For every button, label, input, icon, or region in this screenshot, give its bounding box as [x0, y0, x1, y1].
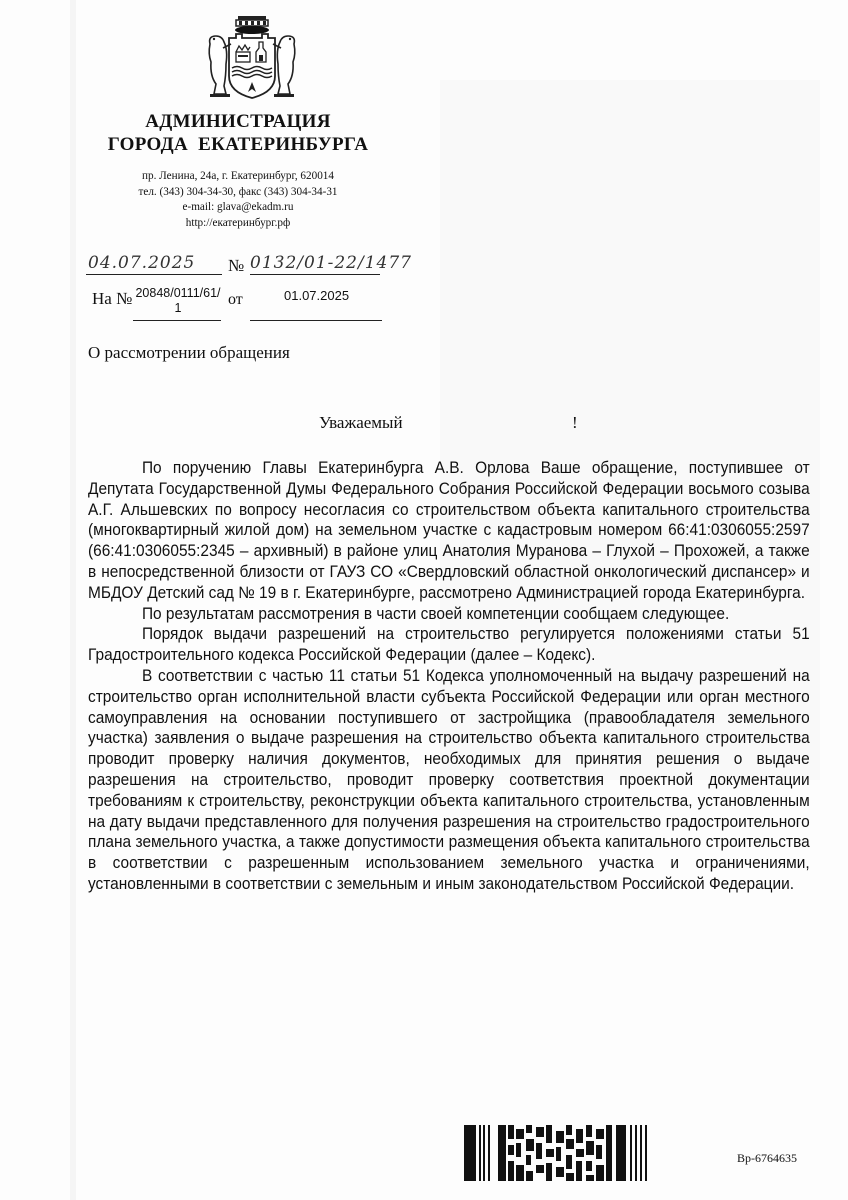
organization-name-line1: АДМИНИСТРАЦИЯ [88, 110, 388, 133]
reply-to-number-line [133, 320, 221, 321]
organization-contacts: пр. Ленина, 24а, г. Екатеринбург, 620014… [95, 169, 381, 231]
organization-name-line2: ГОРОДА ЕКАТЕРИНБУРГА [88, 133, 388, 156]
letter-body: По поручению Главы Екатеринбурга А.В. Ор… [88, 458, 810, 895]
outgoing-date-line [86, 274, 222, 275]
number-sign: № [228, 256, 244, 276]
reply-to-number-line1: 20848/0111/61/ [133, 286, 223, 301]
letter-page: АДМИНИСТРАЦИЯ ГОРОДА ЕКАТЕРИНБУРГА пр. Л… [0, 0, 848, 1200]
barcode-icon [464, 1125, 660, 1181]
phone-fax: тел. (343) 304-34-30, факс (343) 304-34-… [95, 185, 381, 201]
reply-to-date-line [250, 320, 382, 321]
body-paragraph: В соответствии с частью 11 статьи 51 Код… [88, 666, 810, 895]
reply-to-number: 20848/0111/61/ 1 [133, 286, 223, 316]
greeting-salutation: Уважаемый [319, 413, 403, 433]
body-paragraph: По поручению Главы Екатеринбурга А.В. Ор… [88, 458, 810, 604]
email: e-mail: glava@ekadm.ru [95, 200, 381, 216]
from-label: от [228, 291, 243, 309]
reply-to-date: 01.07.2025 [284, 288, 349, 303]
reply-to-number-line2: 1 [133, 301, 223, 316]
reply-to-label: На № [92, 289, 132, 309]
outgoing-number: 0132/01-22/1477 [250, 253, 412, 273]
website: http://екатеринбург.рф [95, 216, 381, 232]
scan-edge [70, 0, 76, 1200]
document-id: Вр-6764635 [737, 1151, 797, 1166]
greeting-exclamation: ! [572, 413, 578, 433]
organization-name: АДМИНИСТРАЦИЯ ГОРОДА ЕКАТЕРИНБУРГА [88, 110, 388, 156]
outgoing-number-line [250, 274, 380, 275]
body-paragraph: По результатам рассмотрения в части свое… [88, 604, 810, 625]
outgoing-date: 04.07.2025 [88, 253, 195, 273]
subject-line: О рассмотрении обращения [88, 343, 290, 363]
address: пр. Ленина, 24а, г. Екатеринбург, 620014 [95, 169, 381, 185]
coat-of-arms-icon [196, 14, 308, 102]
body-paragraph: Порядок выдачи разрешений на строительст… [88, 624, 810, 666]
